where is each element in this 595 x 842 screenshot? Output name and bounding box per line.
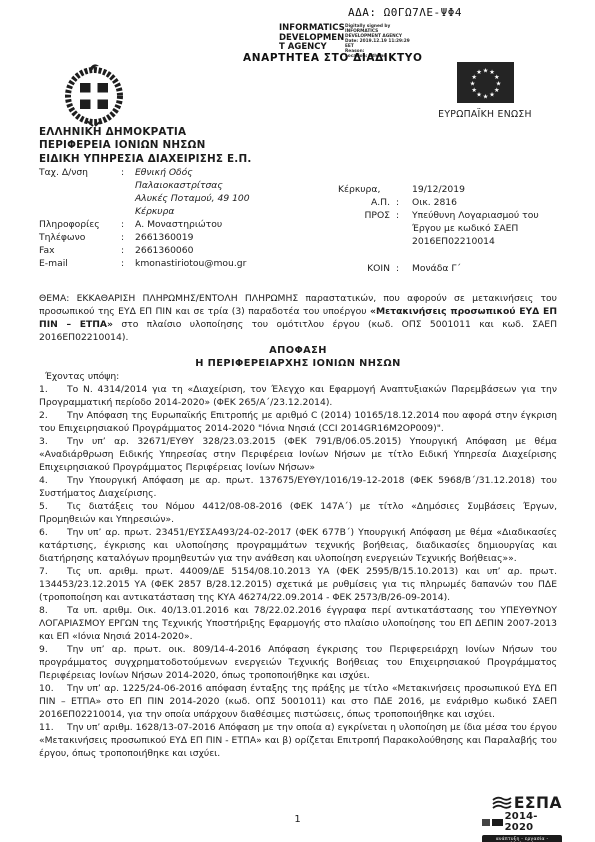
consideration-item: 9.Την υπ’ αρ. πρωτ. οικ. 809/14-4-2016 Α… bbox=[39, 643, 557, 682]
item-number: 8. bbox=[39, 604, 67, 617]
espa-period: 2014-2020 bbox=[505, 811, 562, 833]
consideration-item: 6.Την υπ’ αρ. πρωτ. 23451/ΕΥΣΣΑ493/24-02… bbox=[39, 526, 557, 565]
item-number: 1. bbox=[39, 383, 67, 396]
organisation-header: ΕΛΛΗΝΙΚΗ ΔΗΜΟΚΡΑΤΙΑ ΠΕΡΙΦΕΡΕΙΑ ΙΟΝΙΩΝ ΝΗ… bbox=[39, 126, 252, 166]
item-text: Το Ν. 4314/2014 για τη «Διαχείριση, τον … bbox=[39, 384, 557, 408]
colon: : bbox=[396, 196, 406, 209]
colon: : bbox=[121, 218, 131, 231]
item-number: 4. bbox=[39, 474, 67, 487]
item-text: Την υπ’ αρ. πρωτ. οικ. 809/14-4-2016 Από… bbox=[39, 644, 557, 681]
consideration-item: 8.Τα υπ. αριθμ. Οικ. 40/13.01.2016 και 7… bbox=[39, 604, 557, 643]
fax-value: 2661360060 bbox=[135, 244, 319, 257]
eu-label: ΕΥΡΩΠΑΪΚΗ ΕΝΩΣΗ bbox=[424, 109, 546, 120]
city-label: Κέρκυρα, bbox=[338, 183, 390, 196]
item-text: Την υπ’ αρ. 1225/24-06-2016 απόφαση έντα… bbox=[39, 683, 557, 720]
espa-tagline: ανάπτυξη - εργασία - αλληλεγγύη bbox=[482, 835, 562, 842]
consideration-item: 3.Την υπ’ αρ. 32671/ΕΥΘΥ 328/23.03.2015 … bbox=[39, 435, 557, 474]
info-value: Α. Μοναστηριώτου bbox=[135, 218, 319, 231]
spacer-cell bbox=[396, 183, 406, 196]
eu-block: ★ ★ ★ ★ ★ ★ ★ ★ ★ ★ ★ ★ ΕΥΡΩΠΑΪΚΗ ΕΝΩΣΗ bbox=[424, 62, 546, 120]
email-label: E-mail bbox=[39, 257, 117, 270]
item-text: Την Υπουργική Απόφαση με αρ. πρωτ. 13767… bbox=[39, 475, 557, 499]
svg-text:★: ★ bbox=[469, 80, 475, 87]
svg-text:★: ★ bbox=[489, 92, 495, 99]
espa-name: ΕΣΠΑ bbox=[514, 796, 562, 810]
consideration-item: 7.Τις υπ. αριθμ. πρωτ. 44009/ΔΕ 5154/08.… bbox=[39, 565, 557, 604]
address-label: Ταχ. Δ/νση bbox=[39, 166, 117, 218]
svg-text:★: ★ bbox=[482, 67, 488, 74]
item-text: Τις διατάξεις του Νόμου 4412/08-08-2016 … bbox=[39, 501, 557, 525]
document-body: ΘΕΜΑ: ΕΚΚΑΘΑΡΙΣΗ ΠΛΗΡΩΜΗΣ/ΕΝΤΟΛΗ ΠΛΗΡΩΜΗ… bbox=[39, 292, 557, 760]
colon: : bbox=[396, 262, 406, 275]
colon: : bbox=[121, 231, 131, 244]
svg-text:★: ★ bbox=[471, 87, 477, 94]
colon: : bbox=[121, 244, 131, 257]
decision-preamble: Έχοντας υπόψη: bbox=[39, 370, 557, 383]
item-number: 5. bbox=[39, 500, 67, 513]
phone-label: Τηλέφωνο bbox=[39, 231, 117, 244]
subject-paragraph: ΘΕΜΑ: ΕΚΚΑΘΑΡΙΣΗ ΠΛΗΡΩΜΗΣ/ΕΝΤΟΛΗ ΠΛΗΡΩΜΗ… bbox=[39, 292, 557, 344]
item-text: Την υπ’ αρ. 32671/ΕΥΘΥ 328/23.03.2015 (Φ… bbox=[39, 436, 557, 473]
item-number: 7. bbox=[39, 565, 67, 578]
espa-logo: ΕΣΠΑ 2014-2020 ανάπτυξη - εργασία - αλλη… bbox=[482, 796, 562, 842]
org-line-region: ΠΕΡΙΦΕΡΕΙΑ ΙΟΝΙΩΝ ΝΗΣΩΝ bbox=[39, 139, 252, 152]
decision-authority: Η ΠΕΡΙΦΕΡΕΙΑΡΧΗΣ ΙΟΝΙΩΝ ΝΗΣΩΝ bbox=[39, 357, 557, 370]
consideration-item: 2.Την Απόφαση της Ευρωπαϊκής Επιτροπής μ… bbox=[39, 409, 557, 435]
internet-posting-notice: ΑΝΑΡΤΗΤΕΑ ΣΤΟ ΔΙΑΔΙΚΤΥΟ bbox=[243, 52, 423, 64]
consideration-item: 4.Την Υπουργική Απόφαση με αρ. πρωτ. 137… bbox=[39, 474, 557, 500]
item-text: Τα υπ. αριθμ. Οικ. 40/13.01.2016 και 78/… bbox=[39, 605, 557, 642]
svg-text:★: ★ bbox=[482, 93, 488, 100]
org-line-republic: ΕΛΛΗΝΙΚΗ ΔΗΜΟΚΡΑΤΙΑ bbox=[39, 126, 252, 139]
consideration-item: 5.Τις διατάξεις του Νόμου 4412/08-08-201… bbox=[39, 500, 557, 526]
eu-flag-icon: ★ ★ ★ ★ ★ ★ ★ ★ ★ ★ ★ ★ bbox=[457, 62, 514, 103]
item-text: Την Απόφαση της Ευρωπαϊκής Επιτροπής με … bbox=[39, 410, 557, 434]
item-number: 3. bbox=[39, 435, 67, 448]
greek-coat-of-arms-icon bbox=[63, 61, 125, 131]
meta-spacer bbox=[338, 248, 558, 262]
svg-text:★: ★ bbox=[476, 92, 482, 99]
item-number: 11. bbox=[39, 721, 67, 734]
colon: : bbox=[121, 166, 131, 218]
org-line-service: ΕΙΔΙΚΗ ΥΠΗΡΕΣΙΑ ΔΙΑΧΕΙΡΙΣΗΣ Ε.Π. bbox=[39, 153, 252, 166]
meta-block: Κέρκυρα, 19/12/2019 Α.Π. : Οικ. 2816 ΠΡΟ… bbox=[338, 183, 558, 275]
cc-label: ΚΟΙΝ bbox=[338, 262, 390, 275]
ada-code: ΑΔΑ: Ω0ΓΩ7ΛΕ-ΨΦ4 bbox=[348, 6, 462, 19]
fax-label: Fax bbox=[39, 244, 117, 257]
consideration-item: 10.Την υπ’ αρ. 1225/24-06-2016 απόφαση έ… bbox=[39, 682, 557, 721]
date-value: 19/12/2019 bbox=[412, 183, 558, 196]
item-number: 9. bbox=[39, 643, 67, 656]
item-number: 6. bbox=[39, 526, 67, 539]
phone-value: 2661360019 bbox=[135, 231, 319, 244]
info-label: Πληροφορίες bbox=[39, 218, 117, 231]
document-page: ΑΔΑ: Ω0ΓΩ7ΛΕ-ΨΦ4 INFORMATICS DEVELOPMEN … bbox=[0, 0, 595, 842]
item-text: Την υπ’ αριθμ. 1628/13-07-2016 Απόφαση μ… bbox=[39, 722, 557, 759]
espa-square-icon bbox=[492, 819, 502, 826]
item-text: Τις υπ. αριθμ. πρωτ. 44009/ΔΕ 5154/08.10… bbox=[39, 566, 557, 603]
cc-value: Μονάδα Γ΄ bbox=[412, 262, 558, 275]
colon: : bbox=[396, 209, 406, 248]
email-value: kmonastiriotou@mou.gr bbox=[135, 257, 319, 270]
protocol-label: Α.Π. bbox=[338, 196, 390, 209]
recipient-value: Υπεύθυνη Λογαριασμού του Έργου με κωδικό… bbox=[412, 209, 558, 248]
espa-square-icon bbox=[482, 819, 490, 826]
svg-text:★: ★ bbox=[494, 87, 500, 94]
subject-tail: στο πλαίσιο υλοποίησης του ομότιτλου έργ… bbox=[39, 319, 557, 343]
consideration-item: 11.Την υπ’ αριθμ. 1628/13-07-2016 Απόφασ… bbox=[39, 721, 557, 760]
item-text: Την υπ’ αρ. πρωτ. 23451/ΕΥΣΣΑ493/24-02-2… bbox=[39, 527, 557, 564]
consideration-item: 1.Το Ν. 4314/2014 για τη «Διαχείριση, το… bbox=[39, 383, 557, 409]
recipient-label: ΠΡΟΣ bbox=[338, 209, 390, 248]
colon: : bbox=[121, 257, 131, 270]
protocol-value: Οικ. 2816 bbox=[412, 196, 558, 209]
contact-block: Ταχ. Δ/νση : Εθνική Οδός Παλαιοκαστρίτσα… bbox=[39, 166, 319, 270]
decision-title: ΑΠΟΦΑΣΗ bbox=[39, 344, 557, 357]
svg-text:★: ★ bbox=[476, 69, 482, 76]
item-number: 10. bbox=[39, 682, 67, 695]
address-value: Εθνική Οδός Παλαιοκαστρίτσας Αλυκές Ποτα… bbox=[135, 166, 319, 218]
espa-wave-icon bbox=[492, 796, 512, 810]
item-number: 2. bbox=[39, 409, 67, 422]
